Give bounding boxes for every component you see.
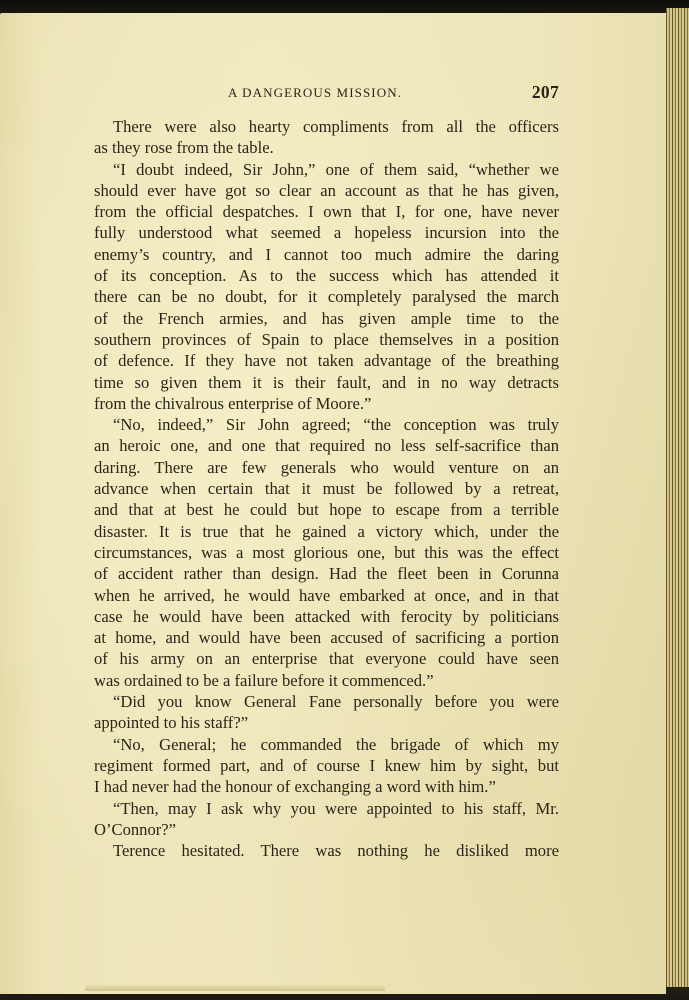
paragraph: “Did you know General Fane personally be… [75, 691, 559, 734]
paragraph: There were also hearty compliments from … [75, 116, 559, 159]
text-line: and that at best he could but hope to es… [75, 499, 559, 520]
text-line: “Did you know General Fane personally be… [75, 691, 559, 712]
text-line: should ever have got so clear an account… [75, 180, 559, 201]
paragraph: “Then, may I ask why you were appointed … [75, 798, 559, 841]
text-line: “No, General; he commanded the brigade o… [75, 734, 559, 755]
page-number: 207 [532, 82, 559, 103]
text-line: at home, and would have been accused of … [75, 627, 559, 648]
text-line: fully understood what seemed a hopeless … [75, 222, 559, 243]
text-line: when he arrived, he would have embarked … [75, 585, 559, 606]
body-text: There were also hearty compliments from … [75, 116, 559, 861]
text-line: time so given them it is their fault, an… [75, 372, 559, 393]
text-line: appointed to his staff?” [75, 712, 559, 733]
text-line: enemy’s country, and I cannot too much a… [75, 244, 559, 265]
text-line: regiment formed part, and of course I kn… [75, 755, 559, 776]
text-line: from the official despatches. I own that… [75, 201, 559, 222]
text-line: there can be no doubt, for it completely… [75, 286, 559, 307]
text-line: I had never had the honour of exchanging… [75, 776, 559, 797]
text-line: of accident rather than design. Had the … [75, 563, 559, 584]
text-line: advance when certain that it must be fol… [75, 478, 559, 499]
text-line: disaster. It is true that he gained a vi… [75, 521, 559, 542]
running-head: A DANGEROUS MISSION. 207 [75, 82, 559, 104]
text-line: “No, indeed,” Sir John agreed; “the conc… [75, 414, 559, 435]
text-line: There were also hearty compliments from … [75, 116, 559, 137]
paragraph: “No, indeed,” Sir John agreed; “the conc… [75, 414, 559, 691]
chapter-title: A DANGEROUS MISSION. [228, 85, 402, 101]
text-line: O’Connor?” [75, 819, 559, 840]
text-line: an heroic one, and one that required no … [75, 435, 559, 456]
text-line: case he would have been attacked with fe… [75, 606, 559, 627]
text-line: from the chivalrous enterprise of Moore.… [75, 393, 559, 414]
text-line: of its conception. As to the success whi… [75, 265, 559, 286]
stacked-page-edges [666, 8, 689, 993]
text-line: “I doubt indeed, Sir John,” one of them … [75, 159, 559, 180]
text-line: was ordained to be a failure before it c… [75, 670, 559, 691]
scanned-book-page: A DANGEROUS MISSION. 207 There were also… [0, 0, 689, 1000]
paragraph: “I doubt indeed, Sir John,” one of them … [75, 159, 559, 415]
scan-bottom-shadow [0, 994, 689, 1000]
text-line: Terence hesitated. There was nothing he … [75, 840, 559, 861]
text-line: southern provinces of Spain to place the… [75, 329, 559, 350]
text-line: circumstances, was a most glorious one, … [75, 542, 559, 563]
text-line: of the French armies, and has given ampl… [75, 308, 559, 329]
bottom-page-fold [85, 985, 385, 991]
text-line: “Then, may I ask why you were appointed … [75, 798, 559, 819]
paragraph: “No, General; he commanded the brigade o… [75, 734, 559, 798]
text-line: of defence. If they have not taken advan… [75, 350, 559, 371]
text-line: daring. There are few generals who would… [75, 457, 559, 478]
text-line: as they rose from the table. [75, 137, 559, 158]
paragraph: Terence hesitated. There was nothing he … [75, 840, 559, 861]
text-line: of his army on an enterprise that everyo… [75, 648, 559, 669]
